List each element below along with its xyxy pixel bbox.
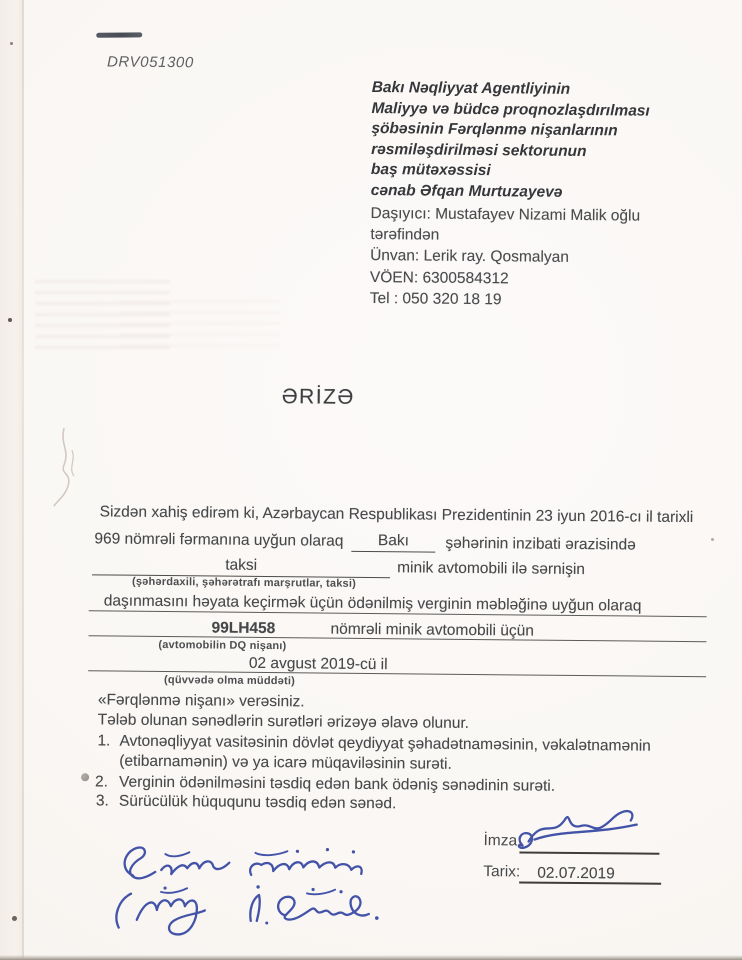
list-item-3-text: Sürücülük hüququnu təsdiq edən sənəd.	[119, 791, 397, 815]
body-line-1: Sizdən xahiş edirəm ki, Azərbaycan Respu…	[100, 501, 694, 528]
recipient-block: Bakı Nəqliyyat Agentliyinin Maliyyə və b…	[371, 78, 650, 204]
caption-transport: (şəhərdaxili, şəhərətrafı marşrutlar, ta…	[132, 576, 356, 590]
recipient-line: şöbəsinin Fərqlənmə nişanlarının	[371, 119, 649, 142]
applicant-block: Daşıyıcı: Mustafayev Nizami Malik oğlu t…	[370, 203, 641, 312]
applicant-line: tərəfindən	[370, 224, 640, 248]
recipient-line: cənab Əfqan Murtuzayevə	[371, 181, 649, 204]
recipient-line: Maliyyə və büdcə proqnozlaşdırılması	[371, 99, 649, 122]
signature-scribble	[508, 803, 679, 860]
caption-plate: (avtomobilin DQ nişanı)	[158, 639, 286, 652]
scan-dot-artifact	[81, 773, 89, 781]
caption-date: (qüvvədə olma müddəti)	[164, 674, 295, 687]
date-label: Tarix:	[483, 863, 520, 881]
document-number: DRV051300	[107, 53, 194, 71]
applicant-line: Ünvan: Lerik ray. Qosmalyan	[370, 245, 640, 269]
recipient-line: baş mütəxəssisi	[371, 160, 649, 183]
page-title: ƏRİZƏ	[282, 385, 355, 410]
redaction-ink-mark	[96, 32, 142, 38]
handwriting-note	[101, 835, 442, 948]
list-item-3-num: 3.	[96, 790, 109, 811]
applicant-line: Tel : 050 320 18 19	[370, 288, 640, 312]
applicant-line: Daşıyıcı: Mustafayev Nizami Malik oğlu	[370, 203, 640, 227]
list-item-1-num: 1.	[97, 730, 110, 751]
date-line	[519, 853, 661, 884]
list-item-2-num: 2.	[95, 771, 108, 792]
applicant-line: VÖEN: 6300584312	[370, 267, 640, 291]
blank-transport-type: taksi	[92, 553, 390, 578]
scanned-application-document: DRV051300 Bakı Nəqliyyat Agentliyinin Ma…	[0, 0, 742, 960]
body-line-2-suffix: şəhərinin inzibati ərazisində	[445, 533, 636, 556]
recipient-line: rəsmiləşdirilməsi sektorunun	[371, 140, 649, 163]
body-line-3-suffix: minik avtomobili ilə sərnişin	[397, 557, 585, 580]
body-line-2-prefix: 969 nömrəli fərmanına uyğun olaraq	[94, 528, 343, 551]
blank-city: Bakı	[351, 530, 435, 553]
recipient-line: Bakı Nəqliyyat Agentliyinin	[372, 78, 650, 101]
